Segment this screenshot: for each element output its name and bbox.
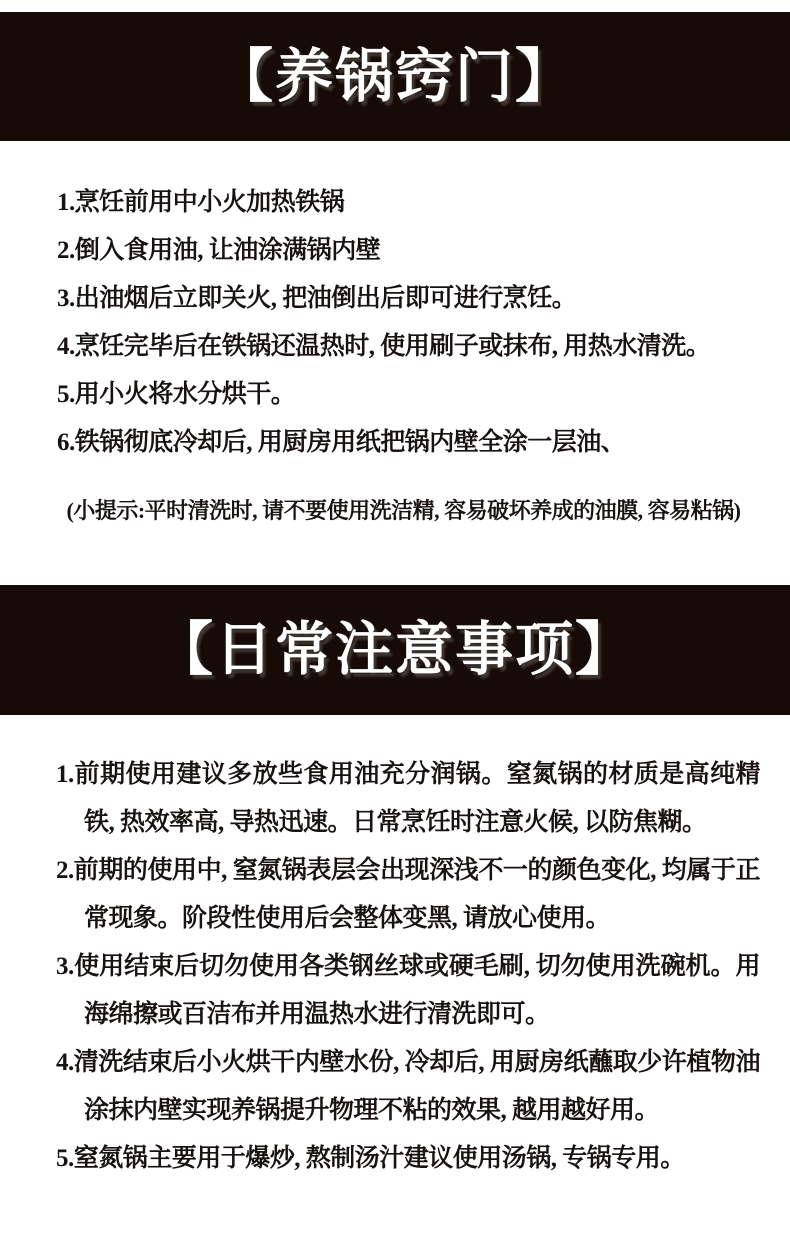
- list-item: 5.用小火将水分烘干。: [57, 371, 750, 419]
- list-item: 3.使用结束后切勿使用各类钢丝球或硬毛刷, 切勿使用洗碗机。用海绵擦或百洁布并用…: [56, 943, 760, 1039]
- list-item: 5.窒氮锅主要用于爆炒, 熬制汤汁建议使用汤锅, 专锅专用。: [56, 1135, 760, 1183]
- daily-precautions-section: 1.前期使用建议多放些食用油充分润锅。窒氮锅的材质是高纯精铁, 热效率高, 导热…: [0, 715, 790, 1183]
- list-item: 1.前期使用建议多放些食用油充分润锅。窒氮锅的材质是高纯精铁, 热效率高, 导热…: [56, 751, 760, 847]
- seasoning-tips-title: 【养锅窍门】: [215, 48, 575, 106]
- seasoning-tips-banner: 【养锅窍门】: [0, 12, 790, 141]
- list-item: 1.烹饪前用中小火加热铁锅: [57, 179, 750, 227]
- list-item: 3.出油烟后立即关火, 把油倒出后即可进行烹饪。: [57, 275, 750, 323]
- daily-precautions-banner: 【日常注意事项】: [0, 585, 790, 715]
- list-item: 2.前期的使用中, 窒氮锅表层会出现深浅不一的颜色变化, 均属于正常现象。阶段性…: [56, 847, 760, 943]
- list-item: 4.烹饪完毕后在铁锅还温热时, 使用刷子或抹布, 用热水清洗。: [57, 323, 750, 371]
- list-item: 2.倒入食用油, 让油涂满锅内壁: [57, 227, 750, 275]
- daily-precautions-title: 【日常注意事项】: [155, 621, 635, 679]
- product-detail-page: 【养锅窍门】 1.烹饪前用中小火加热铁锅 2.倒入食用油, 让油涂满锅内壁 3.…: [0, 0, 790, 1239]
- daily-precautions-list: 1.前期使用建议多放些食用油充分润锅。窒氮锅的材质是高纯精铁, 热效率高, 导热…: [56, 751, 760, 1183]
- seasoning-tips-section: 1.烹饪前用中小火加热铁锅 2.倒入食用油, 让油涂满锅内壁 3.出油烟后立即关…: [0, 141, 790, 531]
- list-item: 6.铁锅彻底冷却后, 用厨房用纸把锅内壁全涂一层油、: [57, 419, 750, 467]
- cleaning-tip-note: (小提示:平时清洗时, 请不要使用洗洁精, 容易破坏养成的油膜, 容易粘锅): [57, 491, 750, 531]
- list-item: 4.清洗结束后小火烘干内壁水份, 冷却后, 用厨房纸蘸取少许植物油涂抹内壁实现养…: [56, 1039, 760, 1135]
- seasoning-tips-list: 1.烹饪前用中小火加热铁锅 2.倒入食用油, 让油涂满锅内壁 3.出油烟后立即关…: [57, 179, 750, 467]
